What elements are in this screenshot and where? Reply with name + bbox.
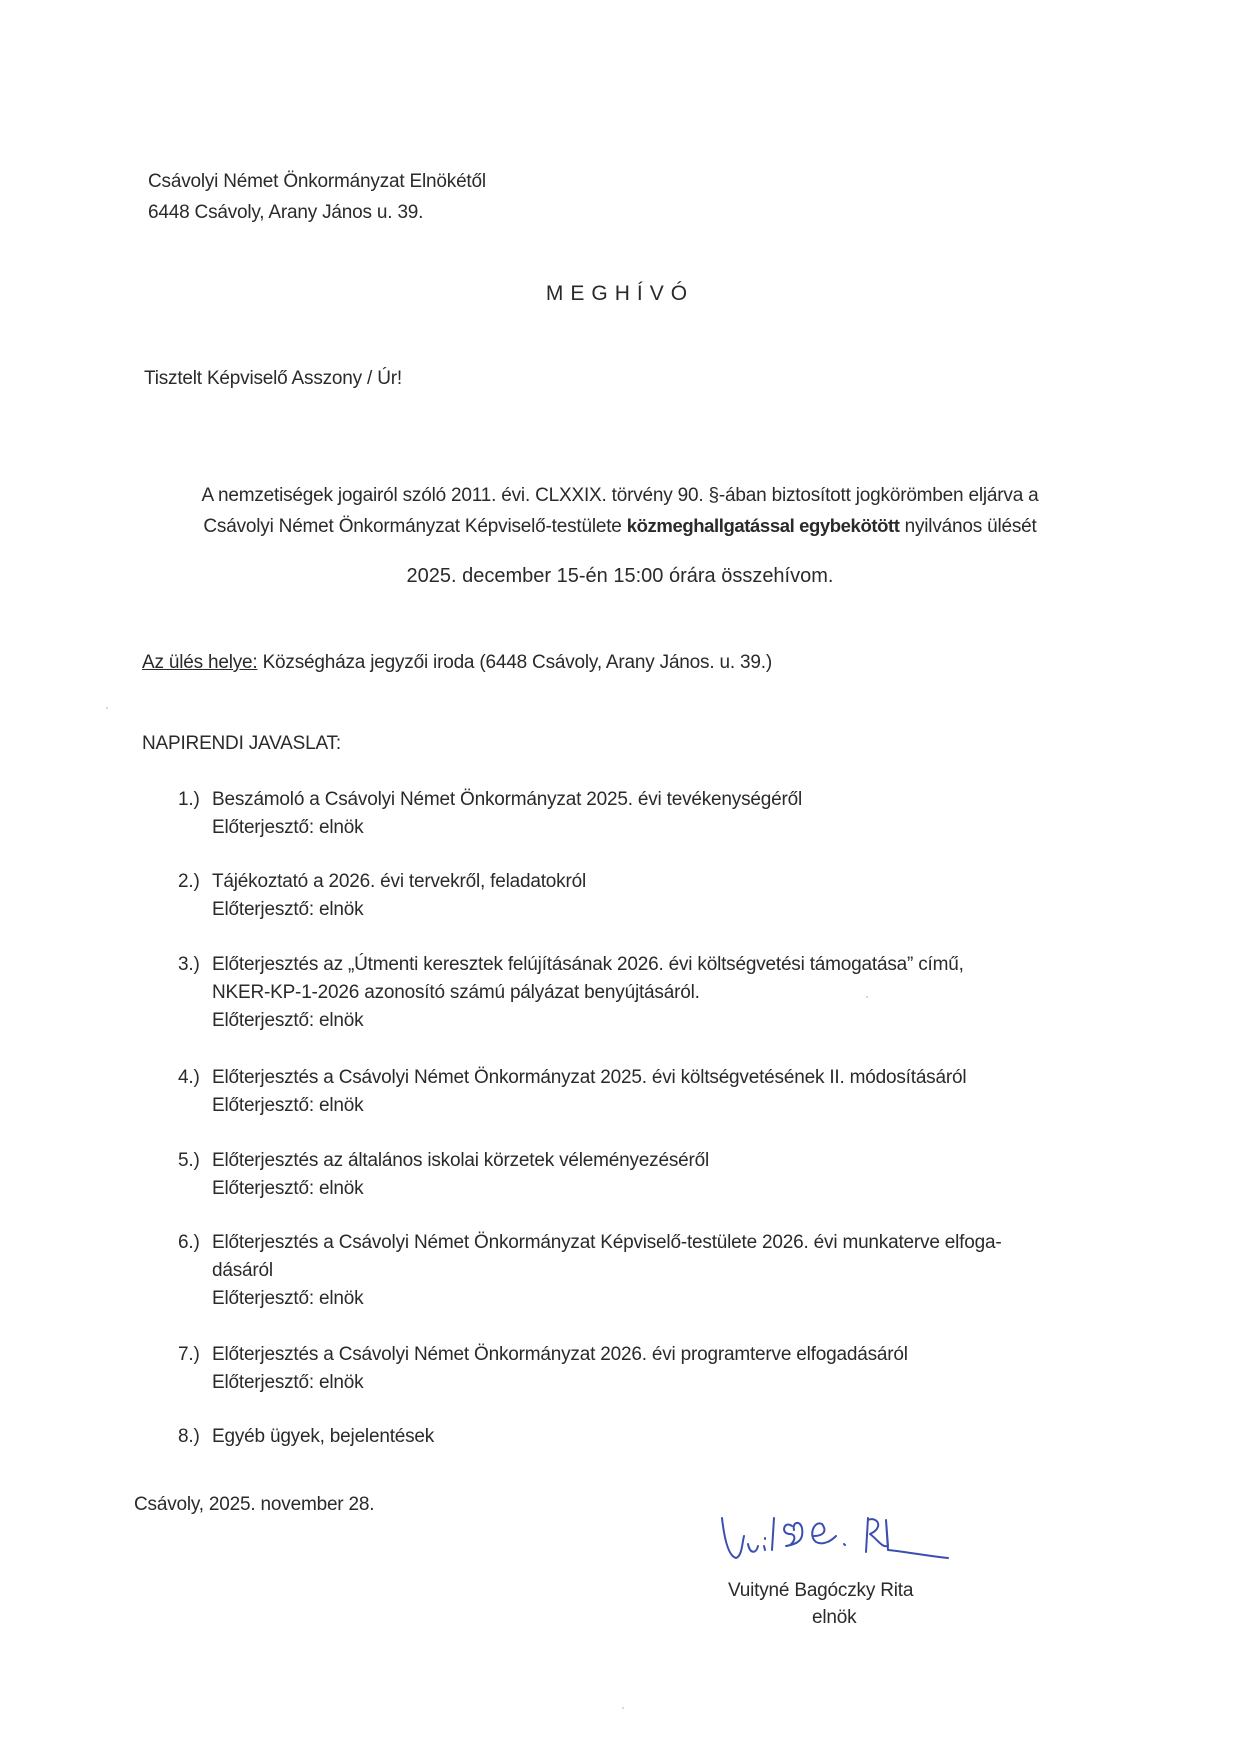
intro-line-1: A nemzetiségek jogairól szóló 2011. évi.… [0,481,1240,511]
intro-line-2: Csávolyi Német Önkormányzat Képviselő-te… [0,511,1240,542]
venue-label: Az ülés helye: [142,652,258,673]
sender-block: Csávolyi Német Önkormányzat Elnökétől 64… [148,166,486,228]
agenda-item-body: Előterjesztés a Csávolyi Német Önkormány… [212,1229,1001,1313]
agenda-item-title-line: Előterjesztés az „Útmenti keresztek felú… [212,951,964,979]
intro-line-2-end: nyilvános ülését [900,516,1037,537]
agenda-item-body: Egyéb ügyek, bejelentések [212,1423,434,1451]
agenda-item-body: Beszámoló a Csávolyi Német Önkormányzat … [212,786,802,842]
signatory-name: Vuityné Bagóczky Rita [728,1580,913,1602]
agenda-item-body: Előterjesztés az általános iskolai körze… [212,1147,709,1203]
agenda-item-title-line: Tájékoztató a 2026. évi tervekről, felad… [212,868,586,896]
document-title: MEGHÍVÓ [0,282,1240,306]
agenda-item-title-line: Előterjesztés a Csávolyi Német Önkormány… [212,1229,1001,1257]
agenda-item-number: 5.) [178,1147,200,1175]
agenda-heading: NAPIRENDI JAVASLAT: [142,733,341,755]
agenda-item-presenter: Előterjesztő: elnök [212,1092,966,1120]
convocation-line: 2025. december 15-én 15:00 órára összehí… [0,565,1240,588]
agenda-item-title-line: Beszámoló a Csávolyi Német Önkormányzat … [212,786,802,814]
agenda-item-body: Tájékoztató a 2026. évi tervekről, felad… [212,868,586,924]
intro-paragraph: A nemzetiségek jogairól szóló 2011. évi.… [0,481,1240,542]
agenda-item-title-line: NKER-KP-1-2026 azonosító számú pályázat … [212,979,964,1007]
agenda-item-presenter: Előterjesztő: elnök [212,1175,709,1203]
intro-line-2-bold: közmeghallgatással egybekötött [627,515,900,536]
agenda-item-presenter: Előterjesztő: elnök [212,814,802,842]
agenda-item-number: 4.) [178,1064,200,1092]
sender-address: 6448 Csávoly, Arany János u. 39. [148,197,486,228]
sender-name: Csávolyi Német Önkormányzat Elnökétől [148,166,486,197]
scan-speck [106,707,108,709]
agenda-item-number: 2.) [178,868,200,896]
venue-value: Községháza jegyzői iroda (6448 Csávoly, … [258,652,772,673]
agenda-item-title-line: Előterjesztés a Csávolyi Német Önkormány… [212,1064,966,1092]
agenda-item-presenter: Előterjesztő: elnök [212,1285,1001,1313]
agenda-item-number: 7.) [178,1341,200,1369]
agenda-item-title-line: Előterjesztés az általános iskolai körze… [212,1147,709,1175]
venue: Az ülés helye: Községháza jegyzői iroda … [142,652,772,674]
agenda-item-title-line: dásáról [212,1257,1001,1285]
greeting: Tisztelt Képviselő Asszony / Úr! [144,368,402,390]
agenda-item-body: Előterjesztés a Csávolyi Német Önkormány… [212,1064,966,1120]
agenda-item-body: Előterjesztés az „Útmenti keresztek felú… [212,951,964,1035]
agenda-item-title-line: Előterjesztés a Csávolyi Német Önkormány… [212,1341,908,1369]
signatory-role: elnök [812,1607,856,1629]
scan-speck [622,1707,624,1709]
intro-line-2-plain: Csávolyi Német Önkormányzat Képviselő-te… [203,516,626,537]
agenda-item-number: 8.) [178,1423,200,1451]
agenda-item-body: Előterjesztés a Csávolyi Német Önkormány… [212,1341,908,1397]
agenda-item-number: 6.) [178,1229,200,1257]
agenda-item-title-line: Egyéb ügyek, bejelentések [212,1423,434,1451]
agenda-item-presenter: Előterjesztő: elnök [212,1369,908,1397]
signature-image [718,1506,968,1576]
agenda-item-number: 1.) [178,786,200,814]
agenda-item-presenter: Előterjesztő: elnök [212,896,586,924]
place-date: Csávoly, 2025. november 28. [134,1494,374,1516]
agenda-item-presenter: Előterjesztő: elnök [212,1007,964,1035]
scan-speck [866,996,868,998]
agenda-item-number: 3.) [178,951,200,979]
